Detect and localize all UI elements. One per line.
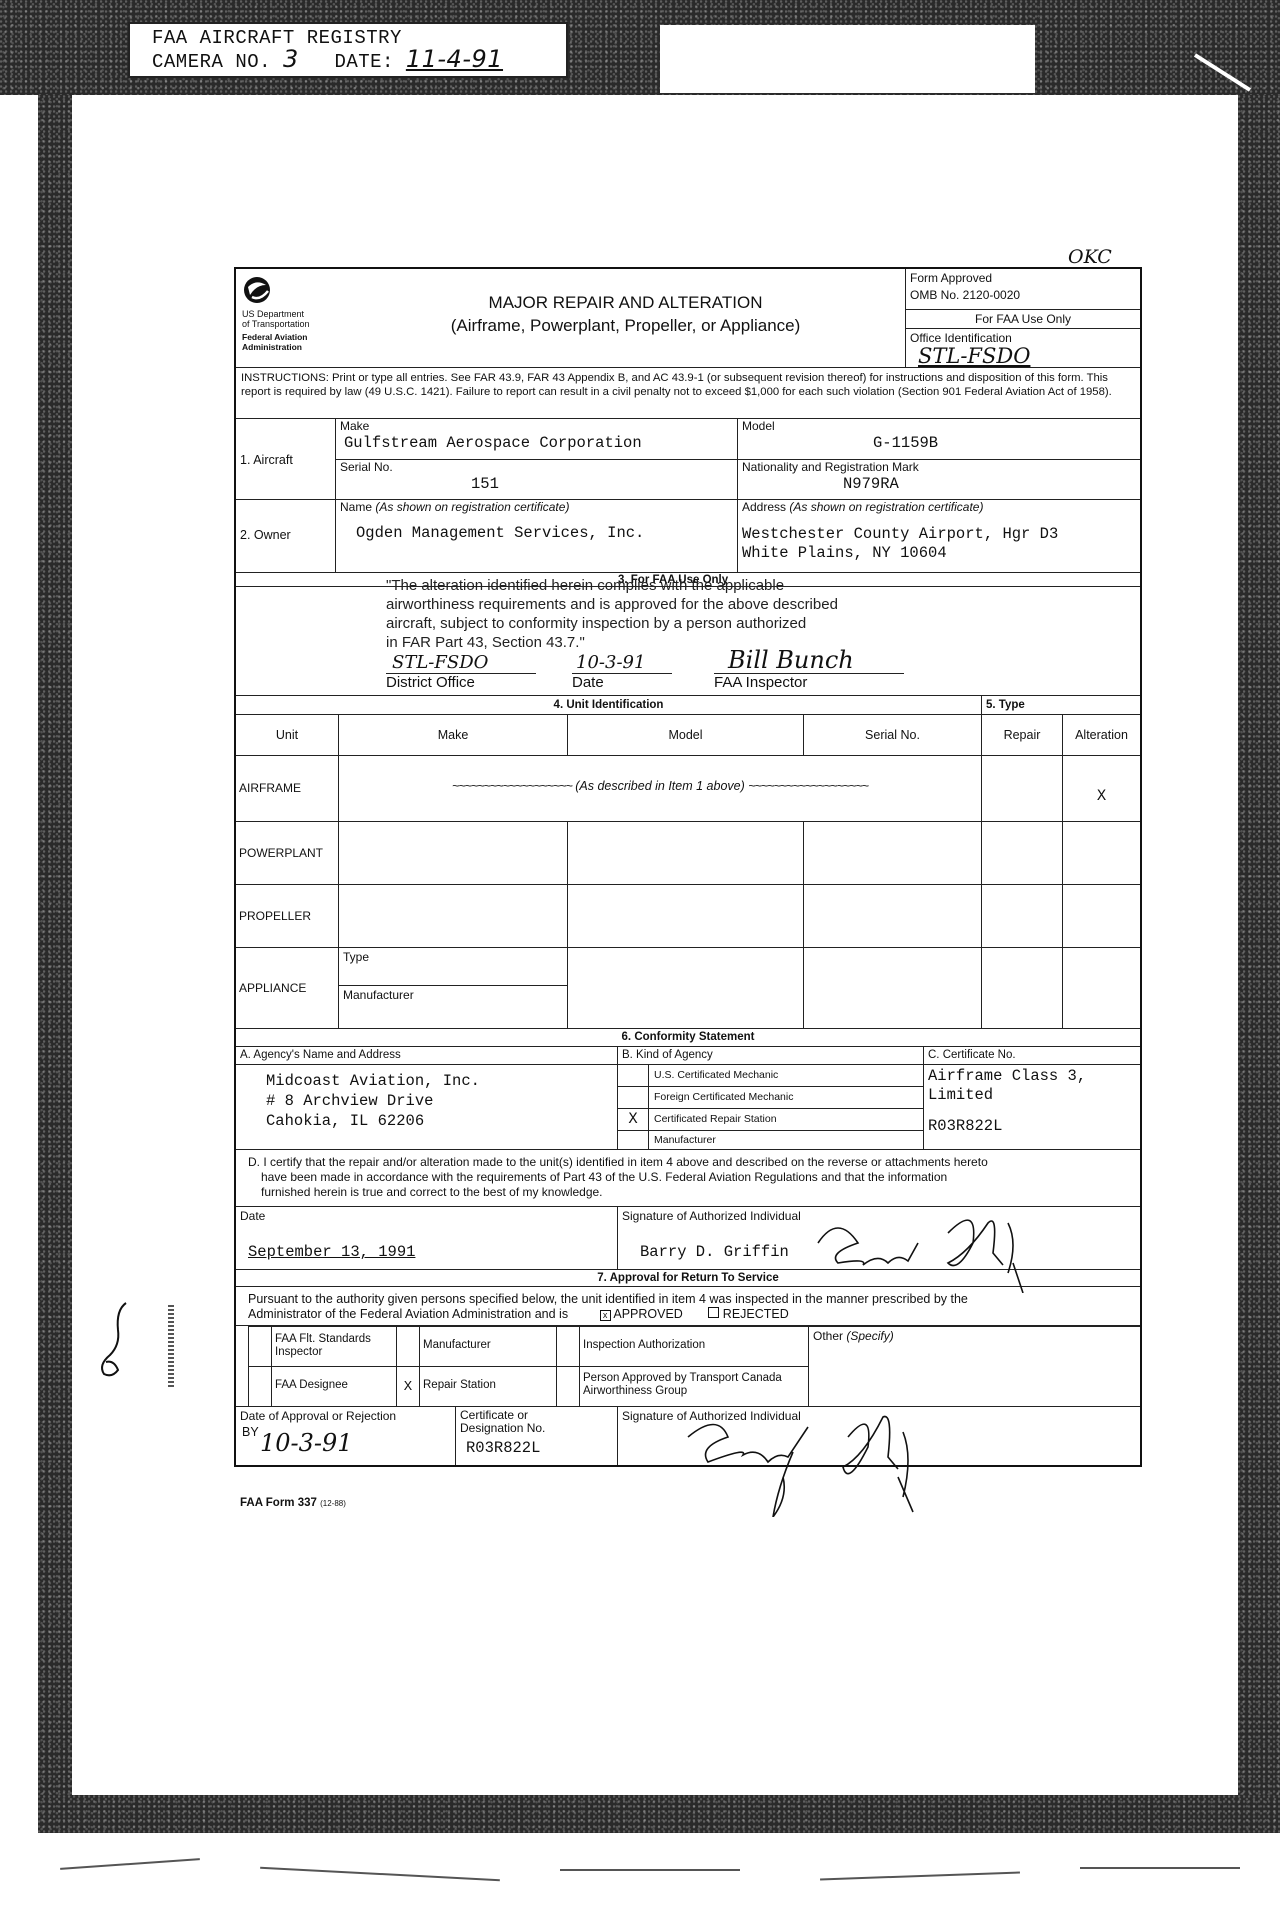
owner-address-note: (As shown on registration certificate) (789, 500, 983, 514)
approval-statement: Pursuant to the authority given persons … (236, 1287, 1140, 1325)
other-label: Other (813, 1329, 843, 1343)
conformity-section-label: 6. Conformity Statement (236, 1029, 1140, 1046)
airframe-repair-cell[interactable] (982, 756, 1063, 821)
appliance-repair-cell[interactable] (982, 948, 1063, 1028)
designation-no-label: Certificate or Designation No. (456, 1407, 564, 1437)
scan-bottom-margin (0, 1833, 1280, 1908)
conformity-date-field[interactable]: September 13, 1991 (236, 1225, 617, 1261)
form-footer: FAA Form 337 (12-88) (240, 1497, 346, 1509)
approved-option[interactable]: x APPROVED (600, 1307, 687, 1321)
appliance-type-field[interactable]: Type (339, 948, 567, 986)
by-label-faa-designee: FAA Designee (272, 1367, 397, 1406)
by-label-inspection-auth: Inspection Authorization (580, 1327, 809, 1366)
title-block: MAJOR REPAIR AND ALTERATION (Airframe, P… (346, 269, 906, 367)
faa-statement-line-2: airworthiness requirements and is approv… (386, 595, 838, 614)
aircraft-section-label: 1. Aircraft (236, 419, 336, 499)
scan-frame-left (38, 95, 72, 1795)
faa-use-block: Form Approved OMB No. 2120-0020 For FAA … (906, 269, 1140, 367)
signer-name: Barry D. Griffin (640, 1243, 789, 1261)
approved-checkbox-checked[interactable]: x (600, 1310, 611, 1321)
col-unit: Unit (236, 715, 339, 755)
other-note: (Specify) (846, 1329, 893, 1343)
col-alteration: Alteration (1063, 715, 1140, 755)
type-section-label: 5. Type (982, 696, 1140, 714)
col-model: Model (568, 715, 804, 755)
powerplant-alteration-cell[interactable] (1063, 822, 1140, 884)
scan-date: 11-4-91 (406, 45, 503, 73)
certify-text-2: have been made in accordance with the re… (248, 1170, 1134, 1185)
col-repair: Repair (982, 715, 1063, 755)
agency-address-line-3[interactable]: Cahokia, IL 62206 (266, 1111, 617, 1131)
rejected-checkbox[interactable] (708, 1307, 719, 1318)
faa-inspector-label: FAA Inspector (714, 674, 904, 691)
unit-id-section-label: 4. Unit Identification (236, 696, 982, 714)
by-checkbox-inspection-auth[interactable] (557, 1327, 580, 1366)
aircraft-make-field[interactable]: Gulfstream Aerospace Corporation (336, 435, 737, 451)
faa-inspector-signature: Bill Bunch (714, 647, 904, 674)
owner-section-label: 2. Owner (236, 500, 336, 572)
approval-date-label: Date of Approval or Rejection (236, 1407, 455, 1425)
owner-name-label: Name (340, 500, 372, 514)
certify-text-1: D. I certify that the repair and/or alte… (248, 1155, 1134, 1170)
approval-section-label: 7. Approval for Return To Service (236, 1270, 1140, 1286)
faa-use-only-label: For FAA Use Only (906, 310, 1140, 329)
by-checkbox-faa-designee[interactable] (249, 1367, 272, 1406)
owner-address-line-2[interactable]: White Plains, NY 10604 (738, 544, 1140, 562)
district-office-label: District Office (386, 674, 536, 691)
agency-line-3: Federal Aviation (242, 332, 346, 342)
unit-row-appliance: APPLIANCE Type Manufacturer (236, 948, 1140, 1029)
aircraft-model-field[interactable]: G-1159B (738, 435, 1140, 451)
kind-checkbox[interactable]: X (618, 1109, 649, 1130)
kind-checkbox[interactable] (618, 1131, 649, 1150)
unit-table-header: Unit Make Model Serial No. Repair Altera… (236, 715, 1140, 756)
powerplant-repair-cell[interactable] (982, 822, 1063, 884)
by-checkbox-faa-inspector[interactable] (249, 1327, 272, 1366)
kind-of-agency-list: U.S. Certificated Mechanic Foreign Certi… (618, 1065, 924, 1149)
registry-title: FAA AIRCRAFT REGISTRY (152, 28, 566, 49)
office-id-value: STL-FSDO (906, 347, 1140, 365)
owner-name-note: (As shown on registration certificate) (375, 500, 569, 514)
certificate-no-label: C. Certificate No. (924, 1047, 1140, 1064)
dot-logo-icon (242, 275, 274, 305)
kind-label: Foreign Certificated Mechanic (649, 1087, 793, 1108)
registration-field[interactable]: N979RA (738, 476, 1140, 492)
col-make: Make (339, 715, 568, 755)
other-specify-field[interactable]: Other (Specify) (809, 1327, 1140, 1406)
instructions-text: INSTRUCTIONS: Print or type all entries.… (236, 368, 1140, 418)
kind-us-mechanic[interactable]: U.S. Certificated Mechanic (618, 1065, 923, 1087)
by-checkbox-repair-station[interactable]: X (397, 1367, 420, 1406)
date-label: DATE: (334, 51, 394, 73)
registry-label: FAA AIRCRAFT REGISTRY CAMERA NO. 3 DATE:… (128, 22, 568, 78)
certificate-number[interactable]: R03R822L (928, 1117, 1140, 1136)
powerplant-serial-cell[interactable] (804, 822, 982, 884)
certificate-class-line-1[interactable]: Airframe Class 3, (928, 1067, 1140, 1086)
omb-number: OMB No. 2120-0020 (910, 287, 1136, 304)
unit-row-propeller: PROPELLER (236, 885, 1140, 948)
certification-statement: D. I certify that the repair and/or alte… (236, 1150, 1140, 1206)
airframe-note: (As described in Item 1 above) (575, 779, 745, 793)
propeller-model-cell[interactable] (568, 885, 804, 947)
owner-name-field[interactable]: Ogden Management Services, Inc. (336, 516, 737, 542)
camera-number: 3 (283, 45, 299, 73)
scan-frame-right (1238, 95, 1280, 1795)
unit-label-airframe: AIRFRAME (236, 756, 339, 821)
conformity-date-label: Date (236, 1207, 617, 1225)
kind-manufacturer[interactable]: Manufacturer (618, 1131, 923, 1150)
propeller-serial-cell[interactable] (804, 885, 982, 947)
approval-text-1: Pursuant to the authority given persons … (248, 1292, 1140, 1307)
kind-label: Manufacturer (649, 1131, 716, 1150)
form-subtitle: (Airframe, Powerplant, Propeller, or App… (346, 316, 905, 336)
designation-no-field[interactable]: R03R822L (456, 1437, 617, 1457)
kind-label: U.S. Certificated Mechanic (649, 1065, 778, 1086)
kind-label: Certificated Repair Station (649, 1109, 777, 1130)
agency-line-4: Administration (242, 342, 346, 352)
col-serial: Serial No. (804, 715, 982, 755)
propeller-make-cell[interactable] (339, 885, 568, 947)
certify-text-3: furnished herein is true and correct to … (248, 1185, 1134, 1200)
certificate-class-line-2[interactable]: Limited (928, 1086, 1140, 1105)
by-checkbox-transport-canada[interactable] (557, 1367, 580, 1406)
frame-scratch (1190, 50, 1280, 100)
model-label: Model (738, 419, 1140, 435)
agency-name-line-1[interactable]: Midcoast Aviation, Inc. (266, 1071, 617, 1091)
form-id: FAA Form 337 (240, 1497, 317, 1509)
margin-initial-mark (96, 1300, 132, 1380)
form-title: MAJOR REPAIR AND ALTERATION (346, 293, 905, 313)
by-checkbox-manufacturer[interactable] (397, 1327, 420, 1366)
scan-frame-bottom (38, 1795, 1280, 1833)
form-revision: (12-88) (320, 1499, 346, 1508)
camera-label: CAMERA NO. (152, 51, 271, 73)
unit-row-powerplant: POWERPLANT (236, 822, 1140, 885)
margin-dotted-mark (168, 1305, 174, 1387)
by-label-manufacturer: Manufacturer (420, 1327, 557, 1366)
approved-label: APPROVED (613, 1307, 682, 1321)
kind-checkbox[interactable] (618, 1087, 649, 1108)
aircraft-serial-field[interactable]: 151 (336, 476, 737, 492)
powerplant-model-cell[interactable] (568, 822, 804, 884)
unit-label-powerplant: POWERPLANT (236, 822, 339, 884)
approval-text-2: Administrator of the Federal Aviation Ad… (248, 1307, 568, 1321)
appliance-model-cell[interactable] (568, 948, 804, 1028)
appliance-serial-cell[interactable] (804, 948, 982, 1028)
dot-logo-block: US Department of Transportation Federal … (236, 269, 346, 367)
rejected-option[interactable]: REJECTED (708, 1307, 788, 1321)
by-label-repair-station: Repair Station (420, 1367, 557, 1406)
blank-label-box (660, 25, 1035, 93)
form-approved-label: Form Approved (910, 270, 1136, 287)
airframe-alteration-cell[interactable]: X (1063, 756, 1140, 821)
rejected-label: REJECTED (723, 1307, 789, 1321)
approval-signature (658, 1407, 938, 1517)
kind-foreign-mechanic[interactable]: Foreign Certificated Mechanic (618, 1087, 923, 1109)
faa-date-label: Date (572, 674, 672, 691)
faa-statement-line-3: aircraft, subject to conformity inspecti… (386, 614, 838, 633)
district-office-value: STL-FSDO (386, 653, 536, 674)
unit-label-propeller: PROPELLER (236, 885, 339, 947)
appliance-alteration-cell[interactable] (1063, 948, 1140, 1028)
approval-date-field[interactable]: 10-3-91 (236, 1425, 455, 1457)
faa-approval-date: 10-3-91 (572, 653, 672, 674)
agency-name-label: A. Agency's Name and Address (236, 1047, 618, 1064)
owner-address-line-1[interactable]: Westchester County Airport, Hgr D3 (738, 516, 1140, 544)
unit-row-airframe: AIRFRAME ~~~~~~~~~~~~~~~~~~~ (As describ… (236, 756, 1140, 822)
unit-label-appliance: APPLIANCE (236, 948, 339, 1028)
agency-line-1: US Department (242, 309, 346, 319)
by-label-transport-canada: Person Approved by Transport Canada Airw… (580, 1367, 809, 1406)
kind-repair-station[interactable]: X Certificated Repair Station (618, 1109, 923, 1131)
serial-label: Serial No. (336, 460, 737, 476)
kind-of-agency-label: B. Kind of Agency (618, 1047, 924, 1064)
propeller-repair-cell[interactable] (982, 885, 1063, 947)
faa-form-337: US Department of Transportation Federal … (234, 267, 1142, 1467)
powerplant-make-cell[interactable] (339, 822, 568, 884)
appliance-manufacturer-field[interactable]: Manufacturer (339, 986, 567, 1004)
faa-use-section: 3. For FAA Use Only "The alteration iden… (236, 573, 1140, 695)
agency-address-line-2[interactable]: # 8 Archview Drive (266, 1091, 617, 1111)
faa-statement-line-1: "The alteration identified herein compli… (386, 576, 838, 595)
margin-note-okc: OKC (1068, 246, 1112, 268)
kind-checkbox[interactable] (618, 1065, 649, 1086)
agency-line-2: of Transportation (242, 319, 346, 329)
owner-address-label: Address (742, 500, 786, 514)
registration-label: Nationality and Registration Mark (738, 460, 1140, 476)
by-label-faa-inspector: FAA Flt. Standards Inspector (272, 1327, 397, 1366)
make-label: Make (336, 419, 737, 435)
propeller-alteration-cell[interactable] (1063, 885, 1140, 947)
airframe-as-described: ~~~~~~~~~~~~~~~~~~~ (As described in Ite… (339, 756, 982, 821)
